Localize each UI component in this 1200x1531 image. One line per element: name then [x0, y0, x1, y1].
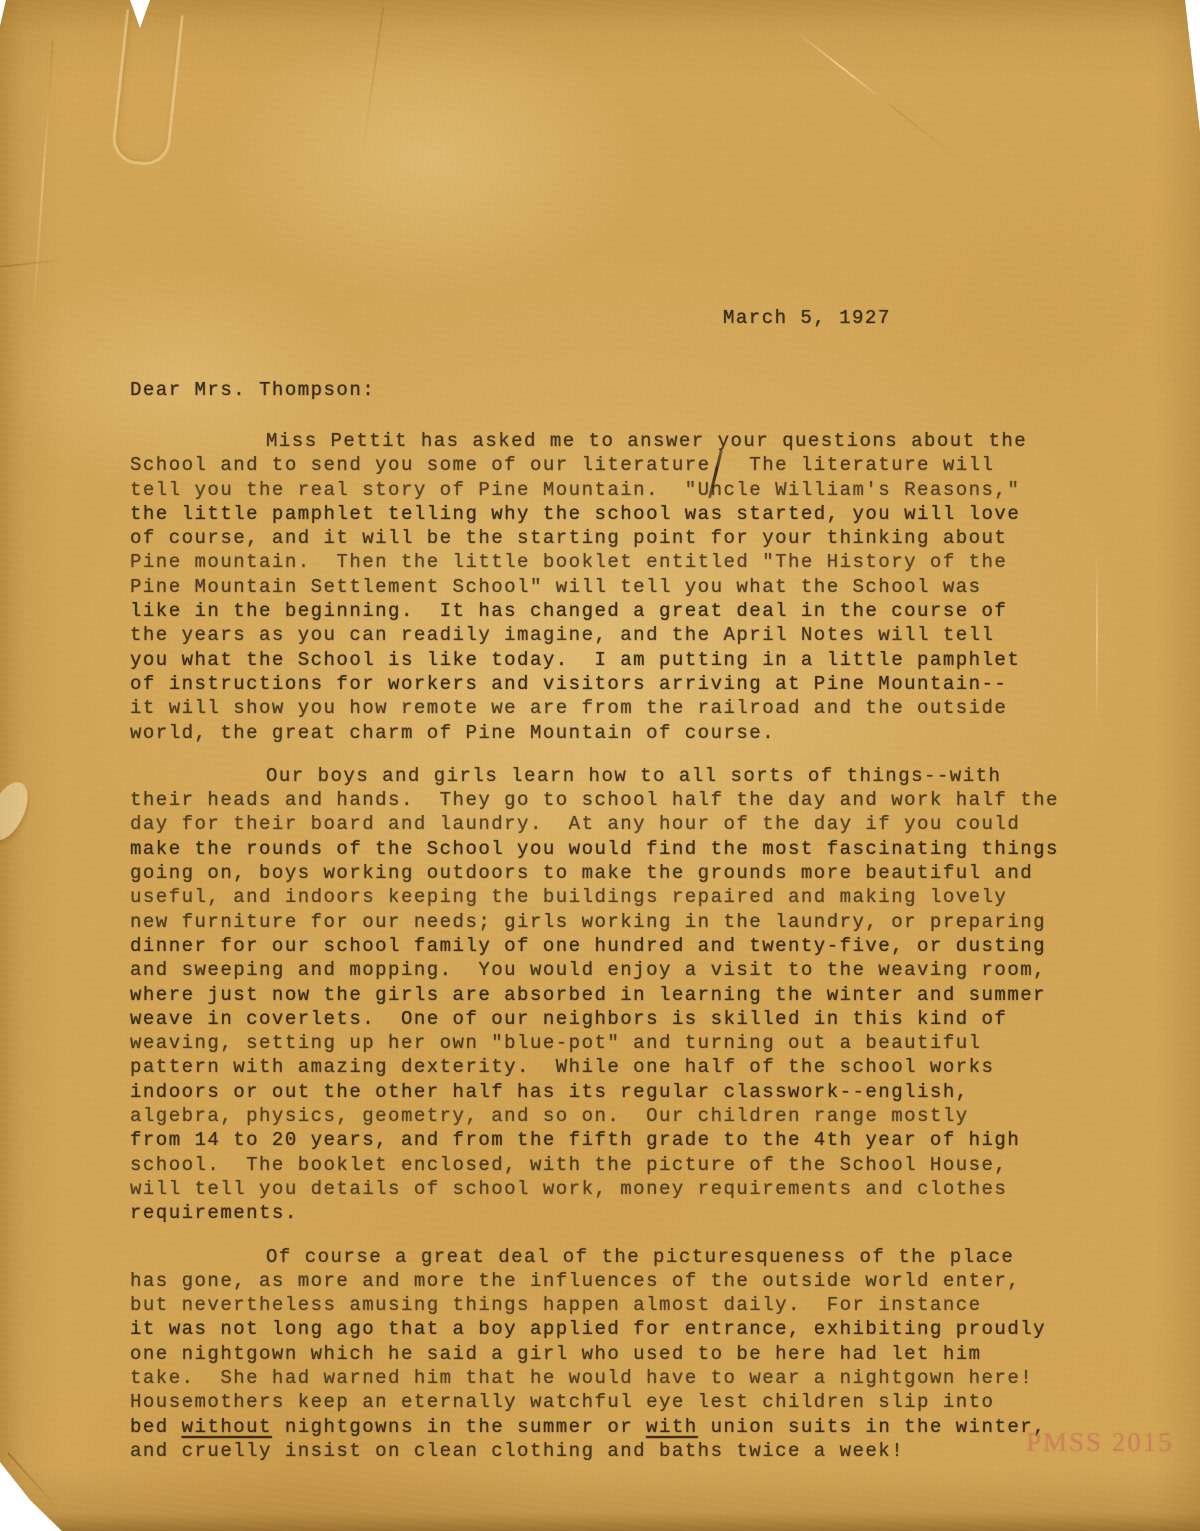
crease-mark [794, 30, 961, 161]
letter-line: their heads and hands. They go to school… [130, 788, 1140, 812]
letter-paragraph: Miss Pettit has asked me to answer your … [130, 429, 1140, 745]
crease-mark [0, 258, 70, 267]
letter-salutation: Dear Mrs. Thompson: [130, 378, 375, 402]
underlined-word: with [646, 1416, 698, 1438]
letter-line: indoors or out the other half has its re… [130, 1080, 1140, 1104]
paper-chip [0, 776, 36, 846]
letter-line: from 14 to 20 years, and from the fifth … [130, 1128, 1140, 1152]
letter-line: Miss Pettit has asked me to answer your … [130, 429, 1140, 453]
letter-line: algebra, physics, geometry, and so on. O… [130, 1104, 1140, 1128]
letter-line: the years as you can readily imagine, an… [130, 623, 1140, 647]
letter-line: where just now the girls are absorbed in… [130, 983, 1140, 1007]
letter-line: you what the School is like today. I am … [130, 648, 1140, 672]
letter-date: March 5, 1927 [723, 306, 891, 330]
letter-paper: March 5, 1927 Dear Mrs. Thompson: Miss P… [0, 0, 1200, 1531]
letter-line: but nevertheless amusing things happen a… [130, 1293, 1140, 1317]
letter-line: like in the beginning. It has changed a … [130, 599, 1140, 623]
letter-line: tell you the real story of Pine Mountain… [130, 478, 1140, 502]
crease-mark [362, 7, 385, 156]
letter-line: Housemothers keep an eternally watchful … [130, 1390, 1140, 1414]
letter-line: Of course a great deal of the picturesqu… [130, 1245, 1140, 1269]
letter-paragraph: Of course a great deal of the picturesqu… [130, 1245, 1140, 1464]
crease-mark [7, 1452, 58, 1508]
letter-line: useful, and indoors keeping the building… [130, 885, 1140, 909]
letter-line: world, the great charm of Pine Mountain … [130, 721, 1140, 745]
letter-line: weaving, setting up her own "blue-pot" a… [130, 1031, 1140, 1055]
letter-line: and cruelly insist on clean clothing and… [130, 1439, 1140, 1463]
crease-mark [32, 40, 54, 319]
letter-line: the little pamphlet telling why the scho… [130, 502, 1140, 526]
letter-line: dinner for our school family of one hund… [130, 934, 1140, 958]
letter-line: day for their board and laundry. At any … [130, 812, 1140, 836]
letter-line: of course, and it will be the starting p… [130, 526, 1140, 550]
underlined-word: without [182, 1416, 272, 1438]
letter-line: Our boys and girls learn how to all sort… [130, 764, 1140, 788]
letter-line: has gone, as more and more the influence… [130, 1269, 1140, 1293]
letter-line: of instructions for workers and visitors… [130, 672, 1140, 696]
letter-line: bed without nightgowns in the summer or … [130, 1415, 1140, 1439]
crease-mark [110, 9, 184, 167]
letter-line: it was not long ago that a boy applied f… [130, 1317, 1140, 1341]
letter-line: Pine mountain. Then the little booklet e… [130, 550, 1140, 574]
letter-line: going on, boys working outdoors to make … [130, 861, 1140, 885]
letter-line: weave in coverlets. One of our neighbors… [130, 1007, 1140, 1031]
letter-line: one nightgown which he said a girl who u… [130, 1342, 1140, 1366]
letter-line: take. She had warned him that he would h… [130, 1366, 1140, 1390]
letter-line: school. The booklet enclosed, with the p… [130, 1153, 1140, 1177]
letter-line: requirements. [130, 1201, 1140, 1225]
scanned-letter: March 5, 1927 Dear Mrs. Thompson: Miss P… [0, 0, 1200, 1531]
letter-line: will tell you details of school work, mo… [130, 1177, 1140, 1201]
letter-line: Pine Mountain Settlement School" will te… [130, 575, 1140, 599]
letter-line: make the rounds of the School you would … [130, 837, 1140, 861]
letter-line: it will show you how remote we are from … [130, 696, 1140, 720]
archive-watermark: PMSS 2015 [1026, 1427, 1174, 1458]
letter-line: and sweeping and mopping. You would enjo… [130, 958, 1140, 982]
letter-line: new furniture for our needs; girls worki… [130, 910, 1140, 934]
letter-line: School and to send you some of our liter… [130, 453, 1140, 477]
letter-body: Miss Pettit has asked me to answer your … [130, 429, 1140, 1463]
letter-paragraph: Our boys and girls learn how to all sort… [130, 764, 1140, 1226]
letter-line: pattern with amazing dexterity. While on… [130, 1055, 1140, 1079]
